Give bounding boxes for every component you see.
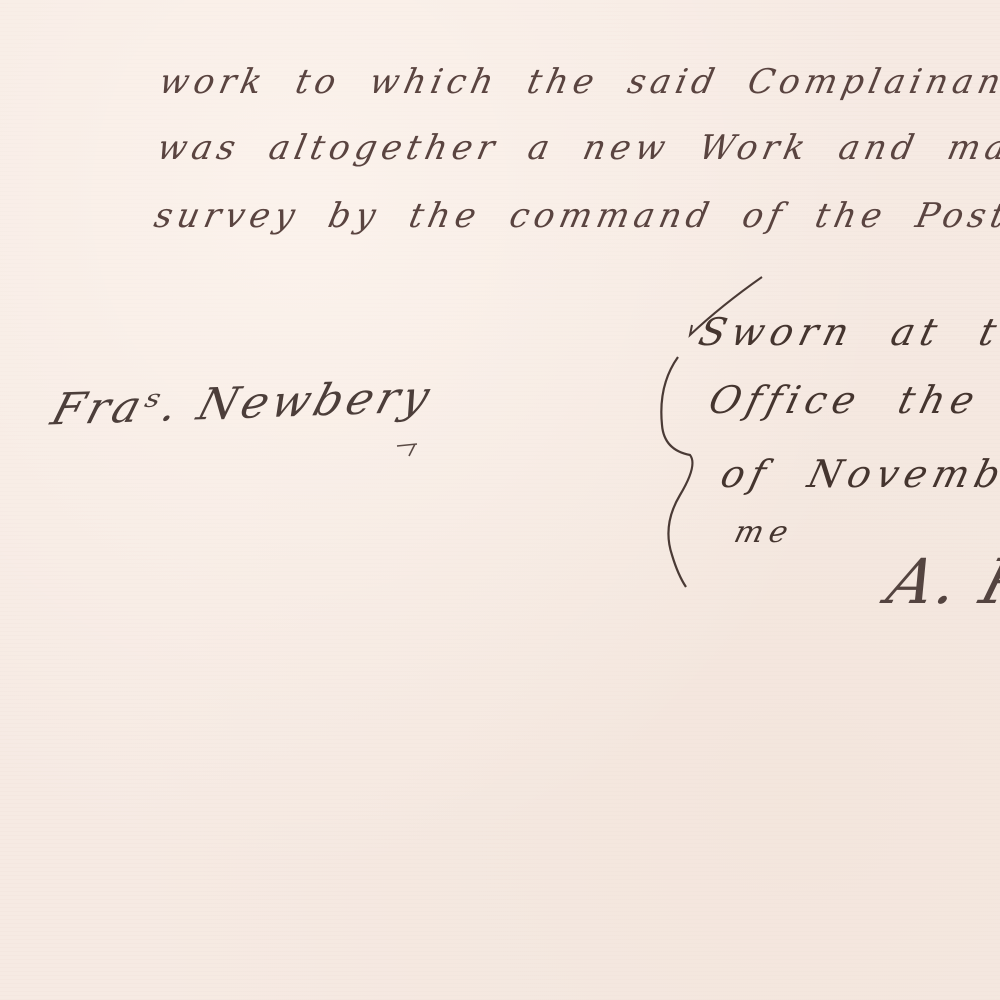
jurat-line-2: Office the t xyxy=(705,378,1000,422)
signature-flourish-icon xyxy=(395,440,435,460)
curly-brace-icon xyxy=(650,355,700,590)
jurat-line-1: Sworn at th xyxy=(695,310,1000,354)
body-text-line-3: survey by the command of the Postmas xyxy=(151,196,1000,236)
body-text-line-2: was altogether a new Work and made f xyxy=(154,128,1000,168)
jurat-line-3: of Novemb xyxy=(717,452,1000,496)
jurat-line-4: me xyxy=(731,515,798,550)
body-text-line-1: work to which the said Complainant re xyxy=(156,62,1000,102)
commissioner-signature: A. Pop xyxy=(880,545,1000,618)
